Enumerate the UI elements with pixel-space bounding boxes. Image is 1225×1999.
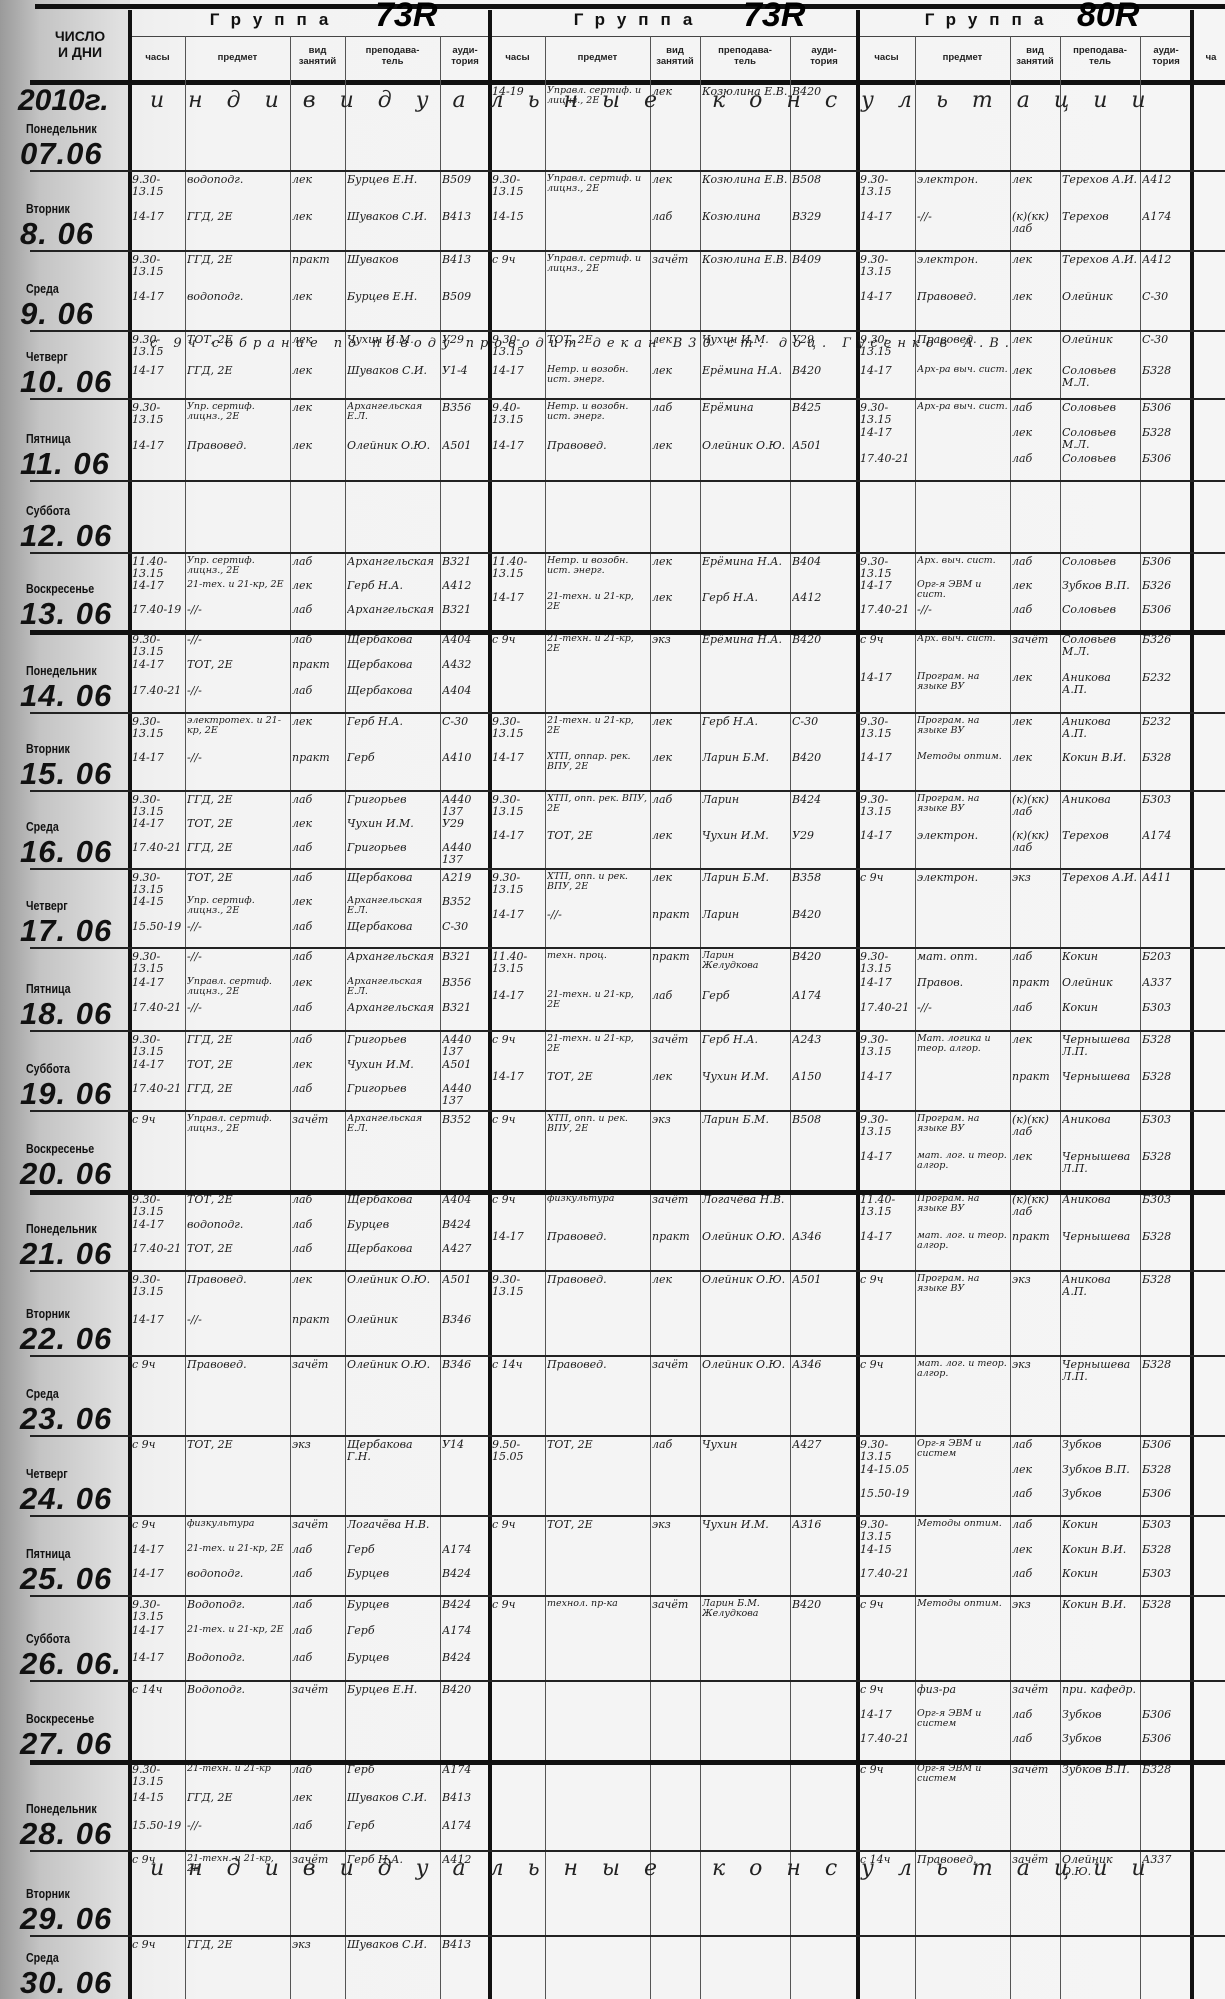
- time-cell: 9.30-13.15: [132, 951, 183, 977]
- class-type-cell: лек: [652, 440, 698, 478]
- subject-cell: водоподг.: [187, 174, 288, 211]
- room-cell: В358: [792, 872, 856, 909]
- class-type-cell: лек: [652, 365, 698, 396]
- day-name: Суббота: [26, 504, 70, 518]
- teacher-cell: Бурцев Е.Н.: [347, 291, 438, 328]
- day-date: 24. 06: [20, 1481, 112, 1517]
- day-name: Вторник: [26, 1307, 70, 1321]
- time-cell: 17.40-19: [132, 604, 183, 628]
- row-divider: [30, 947, 1225, 949]
- time-cell: 14-17: [132, 1314, 183, 1354]
- room-cell: А411: [1142, 872, 1190, 945]
- teacher-cell: Кокин: [1062, 1568, 1138, 1593]
- room-cell: Б306: [1142, 1709, 1190, 1734]
- subject-cell: Мат. логика и теор. алгор.: [917, 1034, 1008, 1071]
- class-type-cell: лек: [1012, 752, 1058, 788]
- teacher-cell: Логачёва Н.В.: [347, 1519, 438, 1544]
- class-type-cell: лаб: [1012, 1519, 1058, 1544]
- class-type-cell: практ: [652, 951, 698, 990]
- subject-cell: физ-ра: [917, 1684, 1008, 1709]
- teacher-cell: Соловьев М.Л.: [1062, 427, 1138, 452]
- row-divider: [30, 250, 1225, 252]
- class-type-cell: лек: [1012, 672, 1058, 710]
- teacher-cell: Олейник: [347, 1314, 438, 1354]
- room-cell: А440 137: [442, 1034, 488, 1059]
- time-cell: с 9ч: [132, 1359, 183, 1433]
- subject-cell: ГГД, 2Е: [187, 1939, 288, 1997]
- subject-cell: Арх. выч. сист.: [917, 556, 1008, 580]
- room-cell: А412: [442, 580, 488, 604]
- day-name: Вторник: [26, 202, 70, 216]
- teacher-cell: Терехов: [1062, 830, 1138, 866]
- room-cell: А346: [792, 1359, 856, 1433]
- subject-cell: -//-: [187, 685, 288, 710]
- class-type-cell: зачёт: [292, 1359, 343, 1433]
- time-cell: 14-17: [132, 1568, 183, 1593]
- time-cell: 14-15.05: [860, 1464, 913, 1489]
- room-cell: Б328: [1142, 1071, 1190, 1108]
- teacher-cell: Терехов: [1062, 211, 1138, 248]
- teacher-cell: Герб: [702, 990, 788, 1029]
- time-cell: 17.40-21: [860, 604, 913, 628]
- class-type-cell: зачёт: [292, 1684, 343, 1758]
- subject-cell: мат. лог. и теор. алгор.: [917, 1359, 1008, 1433]
- room-cell: А410: [442, 752, 488, 788]
- teacher-cell: Олейник: [1062, 977, 1138, 1003]
- class-type-cell: лек: [292, 580, 343, 604]
- time-cell: 17.40-21: [132, 1002, 183, 1028]
- row-divider: [30, 712, 1225, 714]
- class-type-cell: лаб: [652, 794, 698, 830]
- time-cell: 14-17: [492, 592, 543, 628]
- spanning-note: индивидуальные консультации: [150, 88, 1170, 113]
- class-type-cell: лек: [652, 1071, 698, 1108]
- teacher-cell: Григорьев: [347, 1083, 438, 1108]
- row-divider: [30, 1515, 1225, 1517]
- class-type-cell: лаб: [292, 872, 343, 896]
- teacher-cell: Щербакова: [347, 872, 438, 896]
- time-cell: 14-17: [132, 659, 183, 684]
- row-divider: [30, 1595, 1225, 1597]
- class-type-cell: лек: [1012, 334, 1058, 365]
- time-cell: с 9ч: [132, 1939, 183, 1997]
- group-title: Группа: [878, 10, 1102, 30]
- subject-cell: ГГД, 2Е: [187, 365, 288, 396]
- teacher-cell: Терехов А.И.: [1062, 174, 1138, 211]
- subject-cell: -//-: [917, 211, 1008, 248]
- class-type-cell: лек: [1012, 1034, 1058, 1071]
- subject-cell: -//-: [187, 1820, 288, 1848]
- header-divider: [130, 36, 490, 37]
- teacher-cell: Шуваков С.И.: [347, 211, 438, 248]
- day-name: Среда: [26, 820, 59, 834]
- room-cell: А427: [792, 1439, 856, 1513]
- day-date: 21. 06: [20, 1236, 112, 1272]
- subject-cell: 21-техн. и 21-кр: [187, 1764, 288, 1792]
- room-cell: А404: [442, 685, 488, 710]
- subject-cell: Програм. на языке ВУ: [917, 1114, 1008, 1151]
- teacher-cell: Бурцев: [347, 1652, 438, 1678]
- time-cell: 14-17: [492, 909, 543, 946]
- class-type-cell: лек: [1012, 1151, 1058, 1188]
- room-cell: Б306: [1142, 402, 1190, 427]
- class-type-cell: лек: [292, 291, 343, 328]
- class-type-cell: лек: [292, 977, 343, 1003]
- room-cell: В404: [792, 556, 856, 592]
- room-cell: Б328: [1142, 1359, 1190, 1433]
- class-type-cell: лаб: [1012, 1733, 1058, 1758]
- teacher-cell: Аникова А.П.: [1062, 672, 1138, 710]
- teacher-cell: Козюлина Е.В.: [702, 174, 788, 211]
- subject-cell: ГГД, 2Е: [187, 794, 288, 818]
- room-cell: Б326: [1142, 580, 1190, 604]
- teacher-cell: Чухин: [702, 1439, 788, 1513]
- class-type-cell: лек: [292, 174, 343, 211]
- room-cell: В356: [442, 977, 488, 1003]
- group-number: 80R: [1077, 0, 1139, 35]
- teacher-cell: Щербакова Г.Н.: [347, 1439, 438, 1513]
- room-cell: А501: [792, 440, 856, 478]
- subject-cell: ТОТ, 2Е: [187, 1439, 288, 1513]
- room-cell: В413: [442, 1792, 488, 1820]
- subject-cell: электрон.: [917, 254, 1008, 291]
- day-date: 19. 06: [20, 1076, 112, 1112]
- subject-cell: Управл. сертиф. и лицнз., 2Е: [547, 174, 648, 211]
- subject-cell: Арх-ра выч. сист.: [917, 365, 1008, 396]
- teacher-cell: Ларин Б.М.: [702, 752, 788, 788]
- room-cell: В420: [792, 951, 856, 990]
- time-cell: с 9ч: [860, 1359, 913, 1433]
- teacher-cell: Григорьев: [347, 1034, 438, 1059]
- subject-cell: ХТП, опп. рек. ВПУ, 2Е: [547, 794, 648, 830]
- subject-cell: Методы оптим.: [917, 752, 1008, 788]
- subject-cell: ГГД, 2Е: [187, 1792, 288, 1820]
- room-cell: Б306: [1142, 1733, 1190, 1758]
- subject-cell: ГГД, 2Е: [187, 254, 288, 291]
- teacher-cell: Ларин Б.М. Желудкова: [702, 1599, 788, 1678]
- subject-cell: Орг-я ЭВМ и систем: [917, 1709, 1008, 1734]
- room-cell: В346: [442, 1314, 488, 1354]
- teacher-cell: Зубков: [1062, 1709, 1138, 1734]
- time-cell: 14-17: [860, 291, 913, 328]
- time-cell: 14-17: [132, 365, 183, 396]
- subject-cell: Упр. сертиф. лицнз., 2Е: [187, 896, 288, 920]
- subject-cell: ТОТ, 2Е: [187, 1243, 288, 1268]
- time-cell: с 9ч: [860, 1274, 913, 1353]
- class-type-cell: (к)(кк) лаб: [1012, 211, 1058, 248]
- subject-cell: -//-: [187, 752, 288, 788]
- day-date: 9. 06: [20, 296, 94, 332]
- room-cell: А440 137: [442, 794, 488, 818]
- row-divider: [30, 480, 1225, 482]
- room-cell: Б328: [1142, 427, 1190, 452]
- year-label: 2010г.: [18, 84, 109, 118]
- subject-cell: Програм. на языке ВУ: [917, 716, 1008, 752]
- day-name: Пятница: [26, 1547, 71, 1561]
- class-type-cell: (к)(кк) лаб: [1012, 1114, 1058, 1151]
- teacher-cell: Зубков: [1062, 1439, 1138, 1464]
- subject-cell: Правовед.: [917, 291, 1008, 328]
- group-number: 73R: [375, 0, 437, 35]
- column-divider: [1190, 10, 1194, 1999]
- teacher-cell: Соловьев: [1062, 556, 1138, 580]
- teacher-cell: Ерёмина Н.А.: [702, 556, 788, 592]
- room-cell: А174: [792, 990, 856, 1029]
- subject-cell: 21-техн. и 21-кр, 2Е: [547, 716, 648, 752]
- row-divider: [30, 1680, 1225, 1682]
- teacher-cell: Ерёмина Н.А.: [702, 365, 788, 396]
- class-type-cell: лаб: [292, 556, 343, 580]
- column-header: преподава- тель: [700, 45, 790, 67]
- class-type-cell: практ: [292, 1314, 343, 1354]
- time-cell: 14-17: [860, 211, 913, 248]
- class-type-cell: лаб: [1012, 1709, 1058, 1734]
- teacher-cell: Чернышева: [1062, 1071, 1138, 1108]
- day-date: 07.06: [20, 136, 103, 172]
- subject-cell: физкультура: [547, 1194, 648, 1231]
- class-type-cell: лаб: [292, 1820, 343, 1848]
- room-cell: Б328: [1142, 1764, 1190, 1848]
- time-cell: 14-17: [132, 291, 183, 328]
- subject-cell: -//-: [187, 634, 288, 659]
- teacher-cell: Чернышева Л.П.: [1062, 1034, 1138, 1071]
- room-cell: В509: [442, 174, 488, 211]
- time-cell: 9.30-13.15: [860, 1034, 913, 1071]
- teacher-cell: Аникова: [1062, 1194, 1138, 1231]
- class-type-cell: лаб: [1012, 951, 1058, 977]
- teacher-cell: Герб: [347, 1764, 438, 1792]
- subject-cell: Програм. на языке ВУ: [917, 1274, 1008, 1353]
- day-date: 22. 06: [20, 1321, 112, 1357]
- subject-cell: ТОТ, 2Е: [547, 830, 648, 866]
- time-cell: с 9ч: [492, 1114, 543, 1188]
- day-date: 30. 06: [20, 1965, 112, 1999]
- room-cell: Б328: [1142, 1599, 1190, 1678]
- time-cell: 17.40-21: [860, 1568, 913, 1593]
- room-cell: В321: [442, 604, 488, 628]
- time-cell: с 9ч: [492, 254, 543, 328]
- room-cell: В424: [792, 794, 856, 830]
- time-cell: 14-15: [860, 1544, 913, 1569]
- header-bottom-border: [30, 80, 1225, 85]
- time-cell: 11.40-13.15: [132, 556, 183, 580]
- teacher-cell: Григорьев: [347, 794, 438, 818]
- time-cell: 17.40-21: [860, 1733, 913, 1758]
- class-type-cell: практ: [1012, 977, 1058, 1003]
- day-name: Воскресенье: [26, 1142, 94, 1156]
- subject-cell: Арх. выч. сист.: [917, 634, 1008, 672]
- time-cell: 15.50-19: [860, 1488, 913, 1513]
- class-type-cell: лек: [1012, 716, 1058, 752]
- subject-cell: Нетр. и возобн. ист. энерг.: [547, 365, 648, 396]
- room-cell: В321: [442, 1002, 488, 1028]
- room-cell: В509: [442, 291, 488, 328]
- subject-cell: электротех. и 21-кр, 2Е: [187, 716, 288, 752]
- class-type-cell: лаб: [1012, 1488, 1058, 1513]
- class-type-cell: экз: [1012, 1599, 1058, 1678]
- teacher-cell: Кокин: [1062, 951, 1138, 977]
- room-cell: В413: [442, 254, 488, 291]
- subject-cell: электрон.: [917, 174, 1008, 211]
- subject-cell: ТОТ, 2Е: [187, 1059, 288, 1084]
- teacher-cell: Терехов А.И.: [1062, 872, 1138, 945]
- room-cell: А427: [442, 1243, 488, 1268]
- class-type-cell: зачёт: [292, 1519, 343, 1544]
- subject-cell: ТОТ, 2Е: [187, 818, 288, 842]
- room-cell: Б203: [1142, 951, 1190, 977]
- time-cell: с 9ч: [132, 1519, 183, 1544]
- class-type-cell: лаб: [292, 604, 343, 628]
- teacher-cell: Герб: [347, 1544, 438, 1569]
- room-cell: В352: [442, 1114, 488, 1188]
- room-cell: Б303: [1142, 794, 1190, 830]
- room-cell: А501: [442, 1059, 488, 1084]
- time-cell: 11.40-13.15: [492, 951, 543, 990]
- subject-cell: мат. опт.: [917, 951, 1008, 977]
- teacher-cell: Олейник О.Ю.: [702, 1231, 788, 1268]
- room-cell: Б306: [1142, 1488, 1190, 1513]
- class-type-cell: зачёт: [652, 1194, 698, 1231]
- day-name: Среда: [26, 1387, 59, 1401]
- column-header: предмет: [545, 52, 650, 63]
- class-type-cell: лаб: [292, 921, 343, 945]
- class-type-cell: лек: [292, 818, 343, 842]
- room-cell: Б328: [1142, 1034, 1190, 1071]
- time-cell: с 9ч: [860, 1599, 913, 1678]
- teacher-cell: Кокин В.И.: [1062, 1599, 1138, 1678]
- column-header: вид занятий: [650, 45, 700, 67]
- class-type-cell: экз: [1012, 1274, 1058, 1353]
- time-cell: с 9ч: [860, 634, 913, 672]
- class-type-cell: зачёт: [652, 254, 698, 328]
- column-header: преподава- тель: [1060, 45, 1140, 67]
- class-type-cell: практ: [292, 752, 343, 788]
- teacher-cell: Бурцев: [347, 1219, 438, 1244]
- time-cell: 14-17: [860, 1071, 913, 1108]
- time-cell: 14-17: [860, 830, 913, 866]
- row-divider: [30, 330, 1225, 332]
- time-cell: с 9ч: [860, 1764, 913, 1848]
- room-cell: В346: [442, 1359, 488, 1433]
- teacher-cell: Герб Н.А.: [347, 716, 438, 752]
- subject-cell: Правовед.: [187, 440, 288, 478]
- teacher-cell: Чухин И.М.: [347, 818, 438, 842]
- room-cell: А404: [442, 1194, 488, 1219]
- room-cell: А412: [792, 592, 856, 628]
- teacher-cell: Чернышева Л.П.: [1062, 1151, 1138, 1188]
- time-cell: 9.30-13.15: [132, 1274, 183, 1314]
- time-cell: 14-17: [860, 1231, 913, 1268]
- subject-cell: Програм. на языке ВУ: [917, 1194, 1008, 1231]
- subject-cell: Орг-я ЭВМ и систем: [917, 1439, 1008, 1464]
- teacher-cell: Бурцев Е.Н.: [347, 174, 438, 211]
- class-type-cell: лек: [1012, 174, 1058, 211]
- class-type-cell: зачёт: [652, 1034, 698, 1071]
- teacher-cell: Щербакова: [347, 1194, 438, 1219]
- group-title: Группа: [510, 10, 768, 30]
- class-type-cell: лек: [1012, 1544, 1058, 1569]
- teacher-cell: при. кафедр.: [1062, 1684, 1138, 1709]
- room-cell: В424: [442, 1652, 488, 1678]
- teacher-cell: Козюлина: [702, 211, 788, 248]
- day-date: 20. 06: [20, 1156, 112, 1192]
- subject-cell: Нетр. и возобн. ист. энерг.: [547, 402, 648, 440]
- time-cell: 17.40-21: [132, 842, 183, 866]
- teacher-cell: Ларин Б.М.: [702, 872, 788, 909]
- day-date: 10. 06: [20, 364, 112, 400]
- room-cell: А346: [792, 1231, 856, 1268]
- room-cell: Б303: [1142, 1568, 1190, 1593]
- class-type-cell: зачёт: [652, 1599, 698, 1678]
- teacher-cell: Соловьев М.Л.: [1062, 634, 1138, 672]
- class-type-cell: лек: [292, 896, 343, 920]
- class-type-cell: зачёт: [652, 1359, 698, 1433]
- time-cell: 17.40-21: [132, 1243, 183, 1268]
- room-cell: А174: [442, 1625, 488, 1651]
- class-type-cell: лаб: [292, 1034, 343, 1059]
- teacher-cell: Зубков В.П.: [1062, 1464, 1138, 1489]
- day-name: Воскресенье: [26, 582, 94, 596]
- time-cell: с 9ч: [132, 1439, 183, 1513]
- class-type-cell: лаб: [1012, 402, 1058, 427]
- class-type-cell: лаб: [1012, 556, 1058, 580]
- room-cell: Б306: [1142, 604, 1190, 628]
- teacher-cell: Ларин Желудкова: [702, 951, 788, 990]
- teacher-cell: Олейник: [1062, 334, 1138, 365]
- class-type-cell: лек: [652, 830, 698, 866]
- time-cell: 14-17: [132, 818, 183, 842]
- teacher-cell: Логачёва Н.В.: [702, 1194, 788, 1231]
- row-divider: [30, 398, 1225, 400]
- teacher-cell: Чухин И.М.: [347, 1059, 438, 1084]
- room-cell: В413: [442, 211, 488, 248]
- class-type-cell: экз: [652, 1114, 698, 1188]
- teacher-cell: Герб Н.А.: [702, 716, 788, 752]
- teacher-cell: Щербакова: [347, 685, 438, 710]
- time-cell: 14-17: [132, 1625, 183, 1651]
- column-header: часы: [490, 52, 545, 63]
- time-cell: с 14ч: [132, 1684, 183, 1758]
- class-type-cell: лек: [652, 556, 698, 592]
- column-header: часы: [130, 52, 185, 63]
- time-cell: 14-17: [492, 752, 543, 788]
- subject-cell: ХТП, опп. и рек. ВПУ, 2Е: [547, 872, 648, 909]
- teacher-cell: Шуваков С.И.: [347, 365, 438, 396]
- subject-cell: Водоподг.: [187, 1599, 288, 1625]
- class-type-cell: лек: [292, 211, 343, 248]
- teacher-cell: Зубков В.П.: [1062, 580, 1138, 604]
- room-cell: У14: [442, 1439, 488, 1513]
- room-cell: А440 137: [442, 1083, 488, 1108]
- room-cell: В424: [442, 1599, 488, 1625]
- class-type-cell: лаб: [1012, 604, 1058, 628]
- room-cell: В420: [792, 752, 856, 788]
- room-cell: А174: [442, 1820, 488, 1848]
- teacher-cell: Архангельская Е.Л.: [347, 896, 438, 920]
- subject-cell: Орг-я ЭВМ и сист.: [917, 580, 1008, 604]
- day-name: Среда: [26, 1951, 59, 1965]
- time-cell: 9.30-13.15: [132, 634, 183, 659]
- teacher-cell: Кокин В.И.: [1062, 1544, 1138, 1569]
- class-type-cell: (к)(кк) лаб: [1012, 794, 1058, 830]
- day-date: 23. 06: [20, 1401, 112, 1437]
- day-date: 13. 06: [20, 596, 112, 632]
- day-date: 29. 06: [20, 1901, 112, 1937]
- class-type-cell: лек: [292, 1059, 343, 1084]
- class-type-cell: лаб: [292, 951, 343, 977]
- row-divider: [30, 1355, 1225, 1357]
- class-type-cell: лаб: [1012, 1002, 1058, 1028]
